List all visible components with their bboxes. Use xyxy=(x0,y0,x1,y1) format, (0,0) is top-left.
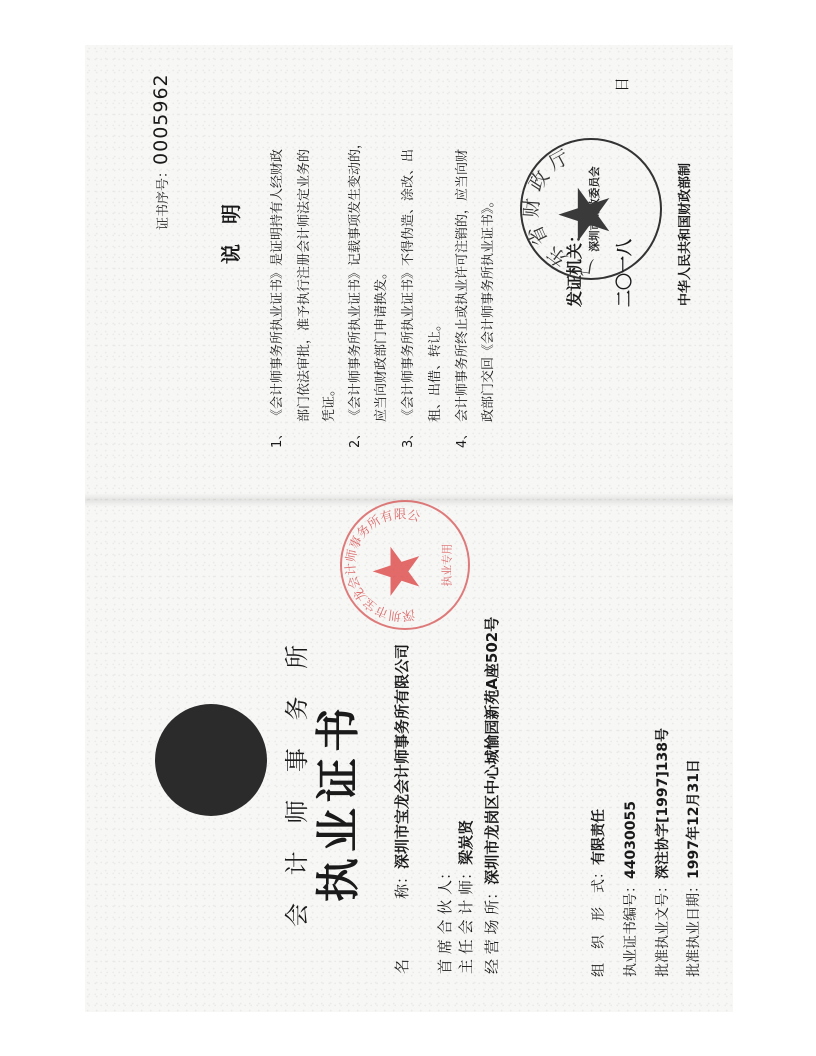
note-line: 应当向财政部门申请换发。 xyxy=(375,266,388,422)
issuer-footer: 中华人民共和国财政部制 xyxy=(679,163,692,306)
field-chief-accountant: 主 任 会 计 师：梁炭贤 xyxy=(459,820,474,974)
detail-org-form: 组 织 形 式：有限责任 xyxy=(592,809,606,977)
note-line: 凭证。 xyxy=(323,383,336,422)
field-name: 名 称：深圳市宝龙会计师事务所有限公司 xyxy=(395,644,410,974)
detail-approval-document: 批准执业文号：深注协字[1997]138号 xyxy=(656,728,670,977)
star-icon: ★ xyxy=(366,543,430,600)
detail-label: 批准执业文号： xyxy=(655,879,671,977)
detail-value: 深注协字[1997]138号 xyxy=(655,728,671,879)
svg-text:执业专用: 执业专用 xyxy=(441,544,454,587)
note-line: 部门依法审批，准予执行注册会计师法定业务的 xyxy=(298,149,311,422)
field-business-address: 经 营 场 所：深圳市龙岗区中心城愉园新苑A座502号 xyxy=(485,617,500,974)
note-number: 2、 xyxy=(349,427,362,448)
serial-label: 证书序号： xyxy=(156,165,171,230)
note-line: 会计师事务所终止或执业许可注销的，应当向财 xyxy=(456,149,469,422)
issue-day-char: 日 xyxy=(615,77,630,92)
note-number: 3、 xyxy=(402,427,415,448)
serial-number-line: 证书序号：0005962 xyxy=(152,73,171,230)
certificate-title: 执业证书 xyxy=(317,702,361,902)
serial-number: 0005962 xyxy=(150,73,172,165)
field-value: 深圳市龙岗区中心城愉园新苑A座502号 xyxy=(483,617,501,885)
field-label: 名 称： xyxy=(393,869,411,974)
issuer-seal: 广东省财政厅 深圳市财政委员会 ★ xyxy=(520,138,662,280)
detail-label: 执业证书编号： xyxy=(623,879,639,977)
field-label: 主 任 会 计 师： xyxy=(457,865,475,974)
certificate-sheet: 会 计 师 事 务 所 执业证书 名 称：深圳市宝龙会计师事务所有限公司 首 席… xyxy=(85,45,733,1012)
field-value: 梁炭贤 xyxy=(457,820,475,865)
detail-certificate-number: 执业证书编号：44030055 xyxy=(624,801,638,977)
firm-seal: 深圳市宝龙会计师事务所有限公司 执业专用 ★ xyxy=(340,500,470,630)
note-line: 政部门交回《会计师事务所执业证书》。 xyxy=(482,194,495,422)
detail-approval-date: 批准执业日期：1997年12月31日 xyxy=(687,759,701,977)
notes-heading: 说 明 xyxy=(221,204,241,264)
field-label: 经 营 场 所： xyxy=(483,885,501,974)
field-value: 深圳市宝龙会计师事务所有限公司 xyxy=(393,644,411,869)
detail-value: 44030055 xyxy=(623,801,639,879)
note-line: 《会计师事务所执业证书》记载事项发生变动的， xyxy=(349,136,362,422)
field-chief-partner: 首 席 合 伙 人： xyxy=(438,865,453,974)
detail-label: 批准执业日期： xyxy=(686,879,702,977)
note-line: 《会计师事务所执业证书》是证明持有人经财政 xyxy=(271,149,284,422)
note-line: 《会计师事务所执业证书》不得伪造、涂改、出 xyxy=(402,149,415,422)
detail-value: 1997年12月31日 xyxy=(686,759,702,879)
note-number: 1、 xyxy=(271,427,284,448)
photo-redaction xyxy=(155,704,267,816)
note-number: 4、 xyxy=(456,427,469,448)
detail-label: 组 织 形 式： xyxy=(591,865,607,977)
issue-year: 二〇一八 xyxy=(617,239,634,307)
note-line: 租、出借、转让。 xyxy=(429,318,442,422)
detail-value: 有限责任 xyxy=(591,809,607,865)
certificate-subtitle: 会 计 师 事 务 所 xyxy=(285,635,309,927)
field-label: 首 席 合 伙 人： xyxy=(436,865,454,974)
star-icon: ★ xyxy=(550,183,620,246)
